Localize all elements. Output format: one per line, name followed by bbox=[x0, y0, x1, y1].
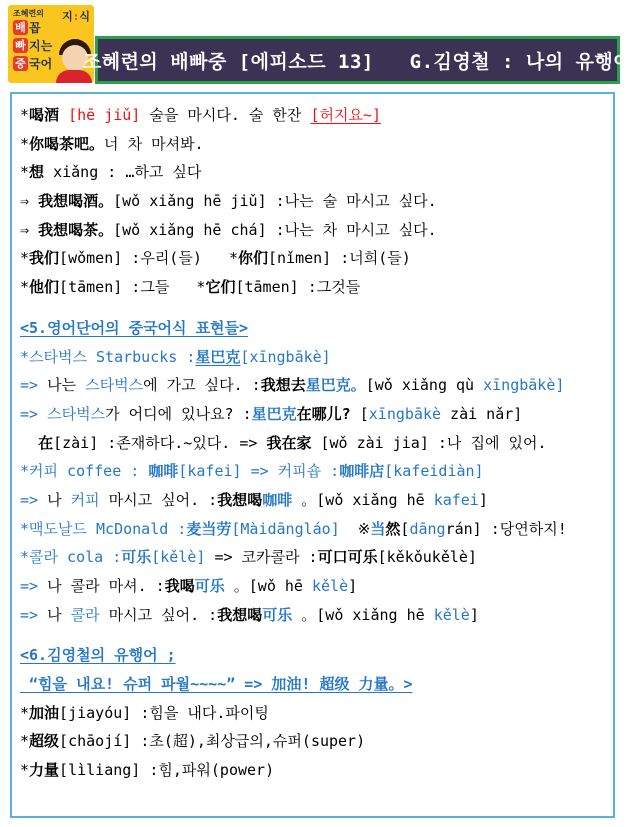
text-segment: 它们 bbox=[205, 278, 235, 296]
text-line: => 스타벅스가 어디에 있나요? :星巴克在哪儿? [xīngbākè zài… bbox=[20, 400, 605, 429]
logo-author-text: 조혜련의 bbox=[13, 8, 44, 19]
text-segment: xīngbākè] bbox=[483, 376, 564, 394]
text-segment: * bbox=[20, 135, 29, 153]
text-line: <6.김영철의 유행어 ; bbox=[20, 641, 605, 670]
document-page: 조혜련의 지:식 배 꼽 빠 지는 중 국어 조혜련의 배빠중 [에피소드 13… bbox=[0, 0, 627, 827]
text-segment: 你们 bbox=[238, 249, 268, 267]
text-segment: *콜라 cola : bbox=[20, 548, 121, 566]
text-line: *他们[tāmen] :그들 *它们[tāmen] :그것들 bbox=[20, 273, 605, 302]
text-segment: 你喝茶吧。 bbox=[29, 135, 104, 153]
text-segment: [kělè] bbox=[151, 548, 205, 566]
text-segment: 커피 bbox=[71, 491, 100, 509]
text-segment: 。[wǒ hē bbox=[225, 577, 312, 595]
text-segment: [tāmen] :그들 * bbox=[59, 278, 205, 296]
spacer bbox=[20, 629, 605, 641]
text-segment: [kafei] => 커피숍 : bbox=[178, 462, 339, 480]
text-line: *我们[wǒmen] :우리(들) *你们[nǐmen] :너희(들) bbox=[20, 244, 605, 273]
text-segment: [kafeidiàn] bbox=[384, 462, 483, 480]
text-segment: => bbox=[20, 606, 47, 624]
text-segment: *스타벅스 Starbucks : bbox=[20, 348, 195, 366]
text-segment: [wǒmen] :우리(들) * bbox=[59, 249, 238, 267]
text-segment: ] bbox=[348, 577, 357, 595]
text-segment: ※ bbox=[340, 520, 371, 538]
text-segment: 나는 bbox=[47, 376, 85, 394]
text-line: *커피 coffee : 咖啡[kafei] => 커피숍 :咖啡店[kafei… bbox=[20, 457, 605, 486]
text-segment bbox=[20, 434, 38, 452]
text-segment: 喝酒 bbox=[29, 106, 59, 124]
text-segment: zài nǎr] bbox=[441, 405, 522, 423]
text-segment: 가 어디에 있나요? : bbox=[105, 405, 252, 423]
show-logo: 조혜련의 지:식 배 꼽 빠 지는 중 국어 bbox=[8, 5, 94, 83]
text-segment: 스타벅스 bbox=[47, 405, 105, 423]
text-line: *超级[chāojí] :초(超),최상급의,슈퍼(super) bbox=[20, 727, 605, 756]
text-segment: 超级 bbox=[29, 732, 59, 750]
text-segment: ] bbox=[470, 606, 479, 624]
episode-title: 조혜련의 배빠중 [에피소드 13] G.김영철 : 나의 유행어 bbox=[83, 47, 627, 74]
logo-title-rows: 배 꼽 빠 지는 중 국어 bbox=[13, 19, 52, 73]
text-segment: [chāojí] :초(超),최상급의,슈퍼(super) bbox=[59, 732, 365, 750]
text-segment: [wǒ xiǎng hē jiǔ] :나는 술 마시고 싶다. bbox=[113, 192, 437, 210]
text-segment: => bbox=[20, 491, 47, 509]
text-segment: 力量 bbox=[29, 761, 59, 779]
text-segment: *커피 coffee : bbox=[20, 462, 148, 480]
text-segment: 나 bbox=[47, 606, 71, 624]
text-line: *你喝茶吧。너 차 마셔봐. bbox=[20, 130, 605, 159]
text-line: “힘을 내요! 슈퍼 파월~~~~” => 加油! 超级 力量。> bbox=[20, 670, 605, 699]
text-segment: 当 bbox=[370, 520, 385, 538]
text-line: => 나는 스타벅스에 가고 싶다. :我想去星巴克。[wǒ xiǎng qù … bbox=[20, 371, 605, 400]
text-segment: 마시고 싶어. : bbox=[100, 606, 218, 624]
text-segment bbox=[59, 106, 68, 124]
text-line: => 나 커피 마시고 싶어. :我想喝咖啡 。[wǒ xiǎng hē kaf… bbox=[20, 486, 605, 515]
text-line: *想 xiǎng : …하고 싶다 bbox=[20, 158, 605, 187]
logo-badge: 지:식 bbox=[62, 8, 90, 24]
text-segment: kělè bbox=[434, 606, 470, 624]
episode-title-bar: 조혜련의 배빠중 [에피소드 13] G.김영철 : 나의 유행어 bbox=[95, 36, 620, 84]
text-segment: 我想喝酒。 bbox=[38, 192, 113, 210]
text-segment: 。[wǒ xiǎng hē bbox=[292, 491, 433, 509]
logo-title-row: 중 국어 bbox=[13, 55, 52, 72]
text-segment: rán] :당연하지! bbox=[446, 520, 567, 538]
text-segment: dāng bbox=[409, 520, 445, 538]
text-segment: * bbox=[20, 732, 29, 750]
text-segment: * bbox=[20, 761, 29, 779]
text-segment: => 코카콜라 : bbox=[205, 548, 317, 566]
text-segment: 星巴克。 bbox=[306, 376, 366, 394]
text-segment: <5.영어단어의 중국어식 표현들> bbox=[20, 319, 248, 337]
text-segment: [xīngbākè] bbox=[240, 348, 330, 366]
logo-badge-text: 식 bbox=[79, 10, 90, 23]
text-segment: * bbox=[20, 278, 29, 296]
text-segment: 在哪儿? bbox=[297, 405, 351, 423]
text-segment: 星巴克 bbox=[252, 405, 297, 423]
text-line: *맥도날드 McDonald :麦当劳[Màidāngláo] ※当然[dāng… bbox=[20, 515, 605, 544]
text-segment: 咖啡店 bbox=[339, 462, 384, 480]
text-segment: xīngbākè bbox=[369, 405, 441, 423]
text-segment: 我们 bbox=[29, 249, 59, 267]
text-segment: 想 bbox=[29, 163, 44, 181]
text-segment: ⇒ bbox=[20, 221, 38, 239]
text-segment: 스타벅스 bbox=[85, 376, 143, 394]
text-segment: 술을 마시다. 술 한잔 bbox=[140, 106, 310, 124]
text-segment: 可乐 bbox=[121, 548, 151, 566]
text-segment: 加油 bbox=[29, 704, 59, 722]
text-segment: [zài] :존재하다.~있다. => bbox=[53, 434, 266, 452]
text-segment: [hē jiǔ] bbox=[68, 106, 140, 124]
text-segment: 可乐 bbox=[262, 606, 292, 624]
text-line: *加油[jiayóu] :힘을 내다.파이팅 bbox=[20, 699, 605, 728]
text-segment: 너 차 마셔봐. bbox=[104, 135, 204, 153]
text-segment: 可口可乐 bbox=[318, 548, 378, 566]
text-segment: 麦当劳 bbox=[186, 520, 231, 538]
text-line: => 나 콜라 마시고 싶어. :我想喝可乐 。[wǒ xiǎng hē kěl… bbox=[20, 601, 605, 630]
text-line: <5.영어단어의 중국어식 표현들> bbox=[20, 314, 605, 343]
text-segment: 他们 bbox=[29, 278, 59, 296]
text-segment: * bbox=[20, 163, 29, 181]
text-segment: 然 bbox=[385, 520, 400, 538]
text-segment: => bbox=[20, 376, 47, 394]
text-segment: kafei bbox=[434, 491, 479, 509]
text-segment: kělè bbox=[312, 577, 348, 595]
text-line: *스타벅스 Starbucks :星巴克[xīngbākè] bbox=[20, 343, 605, 372]
text-segment: 我想喝 bbox=[217, 606, 262, 624]
text-segment: 我喝 bbox=[165, 577, 195, 595]
text-segment: [wǒ xiǎng qù bbox=[366, 376, 483, 394]
text-segment: 我想喝茶。 bbox=[38, 221, 113, 239]
text-segment: [ bbox=[351, 405, 369, 423]
text-segment: [kěkǒukělè] bbox=[378, 548, 477, 566]
text-line: *喝酒 [hē jiǔ] 술을 마시다. 술 한잔 [허지요~] bbox=[20, 101, 605, 130]
text-segment: [tāmen] :그것들 bbox=[235, 278, 360, 296]
text-segment: * bbox=[20, 249, 29, 267]
text-segment: *맥도날드 McDonald : bbox=[20, 520, 186, 538]
logo-letter-box: 배 bbox=[13, 20, 28, 35]
text-segment: [허지요~] bbox=[310, 106, 381, 124]
text-segment: 在 bbox=[38, 434, 53, 452]
text-segment: ⇒ bbox=[20, 192, 38, 210]
text-segment: * bbox=[20, 704, 29, 722]
text-segment: => bbox=[20, 405, 47, 423]
logo-letter-box: 빠 bbox=[13, 38, 28, 53]
spacer bbox=[20, 302, 605, 314]
logo-badge-text: 지 bbox=[62, 10, 73, 23]
text-segment: 나 콜라 마셔. : bbox=[47, 577, 165, 595]
text-segment: [lìliang] :힘,파워(power) bbox=[59, 761, 274, 779]
logo-letter-rest: 국어 bbox=[29, 55, 52, 72]
lesson-content-box: *喝酒 [hē jiǔ] 술을 마시다. 술 한잔 [허지요~]*你喝茶吧。너 … bbox=[10, 92, 615, 818]
text-segment: [wǒ zài jia] :나 집에 있어. bbox=[311, 434, 546, 452]
text-line: => 나 콜라 마셔. :我喝可乐 。[wǒ hē kělè] bbox=[20, 572, 605, 601]
text-segment: 咖啡 bbox=[262, 491, 292, 509]
text-segment: 마시고 싶어. : bbox=[100, 491, 218, 509]
text-line: *콜라 cola :可乐[kělè] => 코카콜라 :可口可乐[kěkǒukě… bbox=[20, 543, 605, 572]
text-segment: ] bbox=[479, 491, 488, 509]
text-line: *力量[lìliang] :힘,파워(power) bbox=[20, 756, 605, 785]
text-segment: xiǎng : …하고 싶다 bbox=[44, 163, 201, 181]
logo-letter-rest: 지는 bbox=[29, 37, 52, 54]
logo-letter-rest: 꼽 bbox=[29, 19, 41, 36]
text-segment: * bbox=[20, 106, 29, 124]
text-segment: 星巴克 bbox=[195, 348, 240, 366]
text-segment: [wǒ xiǎng hē chá] :나는 차 마시고 싶다. bbox=[113, 221, 437, 239]
text-segment: 我想喝 bbox=[217, 491, 262, 509]
text-line: 在[zài] :존재하다.~있다. => 我在家 [wǒ zài jia] :나… bbox=[20, 429, 605, 458]
text-segment: 我在家 bbox=[266, 434, 311, 452]
text-segment: 可乐 bbox=[195, 577, 225, 595]
text-segment: => bbox=[20, 577, 47, 595]
text-segment: 我想去 bbox=[261, 376, 306, 394]
text-segment: <6.김영철의 유행어 ; bbox=[20, 646, 176, 664]
text-segment: [nǐmen] :너희(들) bbox=[268, 249, 411, 267]
logo-letter-box: 중 bbox=[13, 56, 28, 71]
logo-title-row: 배 꼽 bbox=[13, 19, 52, 36]
text-segment: 콜라 bbox=[71, 606, 100, 624]
text-line: ⇒ 我想喝酒。[wǒ xiǎng hē jiǔ] :나는 술 마시고 싶다. bbox=[20, 187, 605, 216]
text-segment: [Màidāngláo] bbox=[231, 520, 339, 538]
text-segment: 에 가고 싶다. : bbox=[143, 376, 261, 394]
text-segment: [jiayóu] :힘을 내다.파이팅 bbox=[59, 704, 269, 722]
text-line: ⇒ 我想喝茶。[wǒ xiǎng hē chá] :나는 차 마시고 싶다. bbox=[20, 216, 605, 245]
text-segment: 。[wǒ xiǎng hē bbox=[292, 606, 433, 624]
logo-title-row: 빠 지는 bbox=[13, 37, 52, 54]
text-segment: “힘을 내요! 슈퍼 파월~~~~” => 加油! 超级 力量。> bbox=[20, 675, 413, 693]
text-segment: 咖啡 bbox=[148, 462, 178, 480]
text-segment: 나 bbox=[47, 491, 71, 509]
